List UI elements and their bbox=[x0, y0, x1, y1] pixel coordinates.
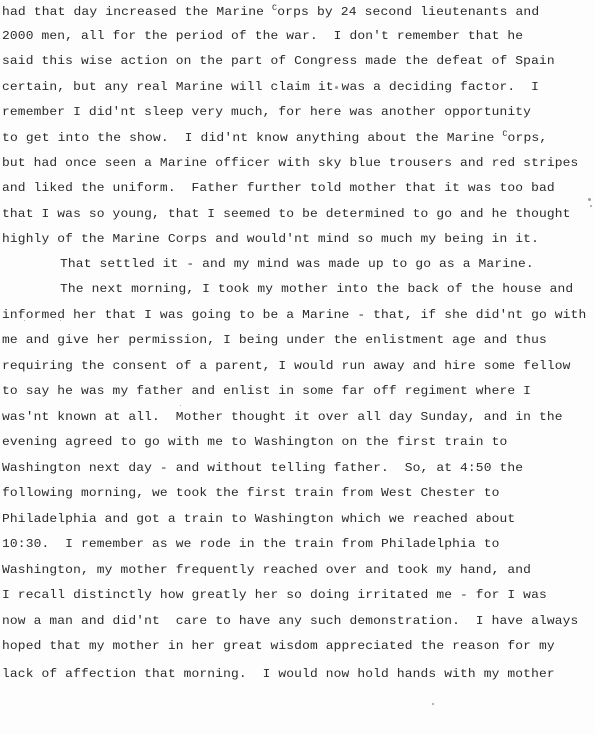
paper-speck bbox=[180, 405, 181, 406]
text-line: following morning, we took the first tra… bbox=[2, 485, 500, 501]
text-line: to say he was my father and enlist in so… bbox=[2, 383, 531, 399]
text-line: requiring the consent of a parent, I wou… bbox=[2, 358, 571, 374]
text-line: certain, but any real Marine will claim … bbox=[2, 79, 539, 95]
text-line: highly of the Marine Corps and would'nt … bbox=[2, 231, 539, 247]
text-line: Washington next day - and without tellin… bbox=[2, 460, 523, 476]
text-line: Washington, my mother frequently reached… bbox=[2, 562, 531, 578]
text-line: 2000 men, all for the period of the war.… bbox=[2, 28, 523, 44]
typewritten-page: had that day increased the Marine Corps … bbox=[0, 0, 595, 734]
paper-speck bbox=[432, 703, 434, 705]
text-line: Philadelphia and got a train to Washingt… bbox=[2, 511, 515, 527]
text-line: I recall distinctly how greatly her so d… bbox=[2, 587, 547, 603]
paper-speck bbox=[590, 205, 592, 207]
text-line: to get into the show. I did'nt know anyt… bbox=[2, 130, 547, 146]
text-line: me and give her permission, I being unde… bbox=[2, 332, 547, 348]
text-line: and liked the uniform. Father further to… bbox=[2, 180, 555, 196]
text-line: said this wise action on the part of Con… bbox=[2, 53, 555, 69]
text-line: remember I did'nt sleep very much, for h… bbox=[2, 104, 531, 120]
text-line: informed her that I was going to be a Ma… bbox=[2, 307, 586, 323]
superscript-c: C bbox=[502, 130, 507, 139]
text-line: that I was so young, that I seemed to be… bbox=[2, 206, 571, 222]
text-line: was'nt known at all. Mother thought it o… bbox=[2, 409, 563, 425]
text-line: hoped that my mother in her great wisdom… bbox=[2, 638, 555, 654]
text-line: The next morning, I took my mother into … bbox=[60, 281, 573, 297]
text-line: had that day increased the Marine Corps … bbox=[2, 4, 539, 20]
superscript-c: C bbox=[272, 4, 277, 13]
text-line: 10:30. I remember as we rode in the trai… bbox=[2, 536, 500, 552]
paper-speck bbox=[588, 198, 591, 201]
text-line: That settled it - and my mind was made u… bbox=[60, 256, 534, 272]
text-line: but had once seen a Marine officer with … bbox=[2, 155, 578, 171]
text-line: lack of affection that morning. I would … bbox=[2, 666, 555, 682]
paper-speck bbox=[420, 470, 421, 471]
paper-speck bbox=[335, 86, 338, 89]
text-line: evening agreed to go with me to Washingt… bbox=[2, 434, 507, 450]
text-line: now a man and did'nt care to have any su… bbox=[2, 613, 578, 629]
